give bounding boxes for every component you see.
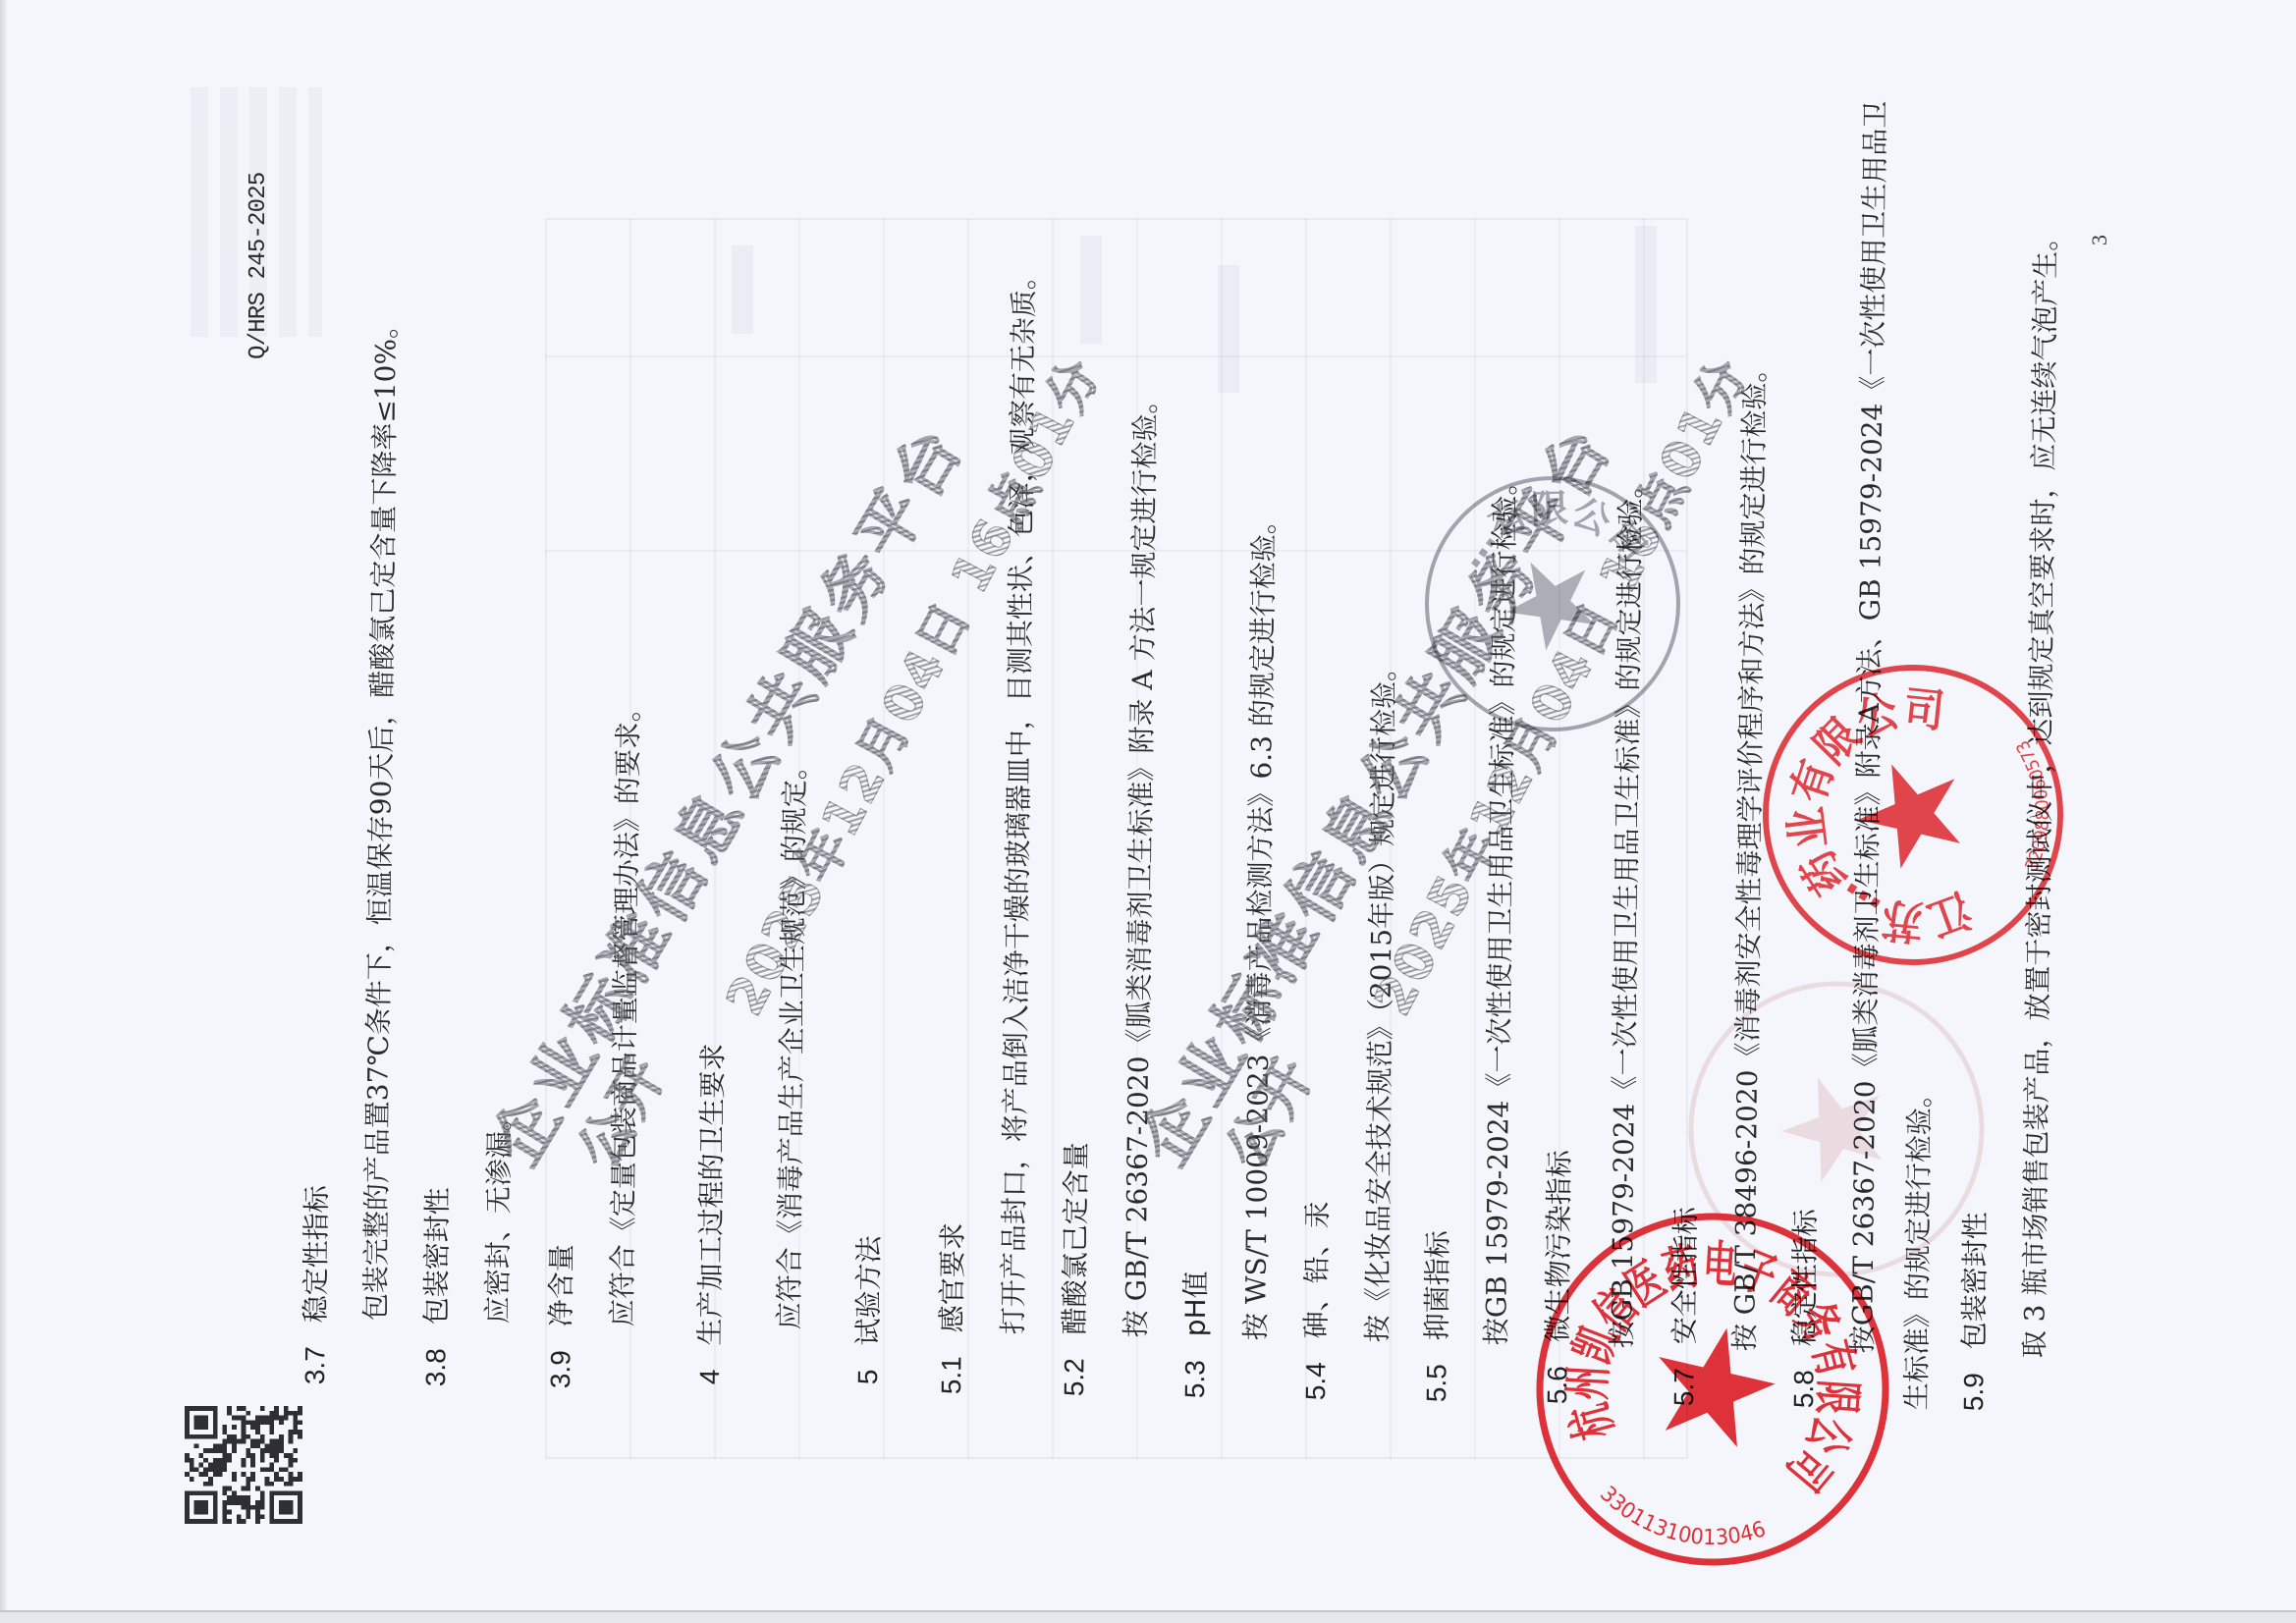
section-title: 微生物污染指标 — [1542, 1150, 1576, 1342]
section-title: 感官要求 — [936, 1222, 969, 1332]
section-title: 抑菌指标 — [1421, 1230, 1454, 1340]
section-title: 净含量 — [545, 1244, 578, 1326]
section-number: 5.9 — [1959, 1373, 1989, 1411]
section-title: 包装密封性 — [420, 1187, 454, 1325]
section-title: 稳定性指标 — [300, 1185, 333, 1323]
section-title: 包装密封性 — [1958, 1212, 1992, 1349]
section-number: 3.7 — [301, 1346, 330, 1384]
section-number: 5.2 — [1060, 1358, 1089, 1396]
paragraph-line: 取 3 瓶市场销售包装产品，放置于密封测试仪中，达到规定真空要求时，应无连续气泡… — [2020, 223, 2061, 1358]
section-heading: 5.1感官要求 — [937, 1222, 968, 1394]
paragraph-line: 按 GB/T 38496-2020《消毒剂安全性毒理学评价程序和方法》的规定进行… — [1730, 354, 1771, 1351]
section-heading: 5.2醋酸氯己定含量 — [1060, 1142, 1092, 1396]
scanner-edge-left — [0, 0, 7, 1623]
section-title: 稳定性指标 — [1788, 1209, 1822, 1346]
section-heading: 3.9净含量 — [546, 1244, 577, 1388]
section-heading: 5.7安全性指标 — [1669, 1207, 1701, 1406]
section-heading: 5.3pH值 — [1180, 1271, 1211, 1398]
bleed-through-text — [732, 245, 753, 334]
section-heading: 5.8稳定性指标 — [1789, 1209, 1821, 1408]
section-title: pH值 — [1179, 1271, 1213, 1336]
section-number: 5 — [853, 1369, 883, 1384]
section-number: 4 — [695, 1369, 725, 1384]
scanner-edge-bottom — [0, 1610, 2296, 1623]
section-number: 5.8 — [1789, 1370, 1819, 1408]
page-number: 3 — [2087, 235, 2112, 245]
section-title: 安全性指标 — [1668, 1207, 1702, 1344]
section-number: 5.5 — [1422, 1364, 1451, 1402]
chapter-heading: 5试验方法 — [853, 1235, 885, 1384]
bleed-through-text — [1635, 226, 1657, 383]
section-number: 3.8 — [421, 1348, 451, 1386]
paragraph-line: 按GB/T 26367-2020《胍类消毒剂卫生标准》附录A方法、GB 1597… — [1848, 100, 1890, 1353]
bleed-through-text — [1080, 236, 1102, 344]
section-number: 5.6 — [1543, 1366, 1572, 1404]
section-heading: 5.5抑菌指标 — [1422, 1230, 1453, 1402]
section-title: 试验方法 — [851, 1235, 885, 1345]
paragraph-line: 包装完整的产品置37℃条件下，恒温保存90天后，醋酸氯己定含量下降率≤10%。 — [361, 311, 402, 1322]
section-heading: 5.4砷、铅、汞 — [1301, 1201, 1333, 1400]
section-heading: 3.8包装密封性 — [421, 1187, 453, 1386]
section-heading: 5.6微生物污染指标 — [1543, 1150, 1575, 1404]
bleed-through-table-line — [545, 355, 1686, 357]
section-number: 5.4 — [1301, 1362, 1331, 1400]
section-number: 5.1 — [937, 1356, 966, 1394]
section-title: 生产加工过程的卫生要求 — [693, 1043, 729, 1345]
standard-code: Q/HRS 245-2025 — [245, 173, 274, 359]
paragraph-line: 生标准》的规定进行检验。 — [1902, 1080, 1936, 1410]
seal-code: 33011310013046 — [1589, 1479, 1775, 1566]
section-heading: 5.9包装密封性 — [1959, 1212, 1991, 1411]
chapter-heading: 4生产加工过程的卫生要求 — [695, 1043, 729, 1384]
section-number: 5.3 — [1180, 1360, 1210, 1398]
section-number: 5.7 — [1669, 1368, 1699, 1406]
section-number: 3.9 — [546, 1350, 575, 1388]
section-title: 砷、铅、汞 — [1300, 1201, 1334, 1338]
bleed-through-text — [1218, 265, 1239, 393]
section-heading: 3.7稳定性指标 — [301, 1185, 332, 1384]
qr-code-icon — [185, 1406, 302, 1524]
scanned-document-page: Q/HRS 245-2025 3 3.7稳定性指标 包装完整的产品置37℃条件下… — [0, 0, 2296, 1623]
section-title: 醋酸氯己定含量 — [1059, 1142, 1093, 1334]
